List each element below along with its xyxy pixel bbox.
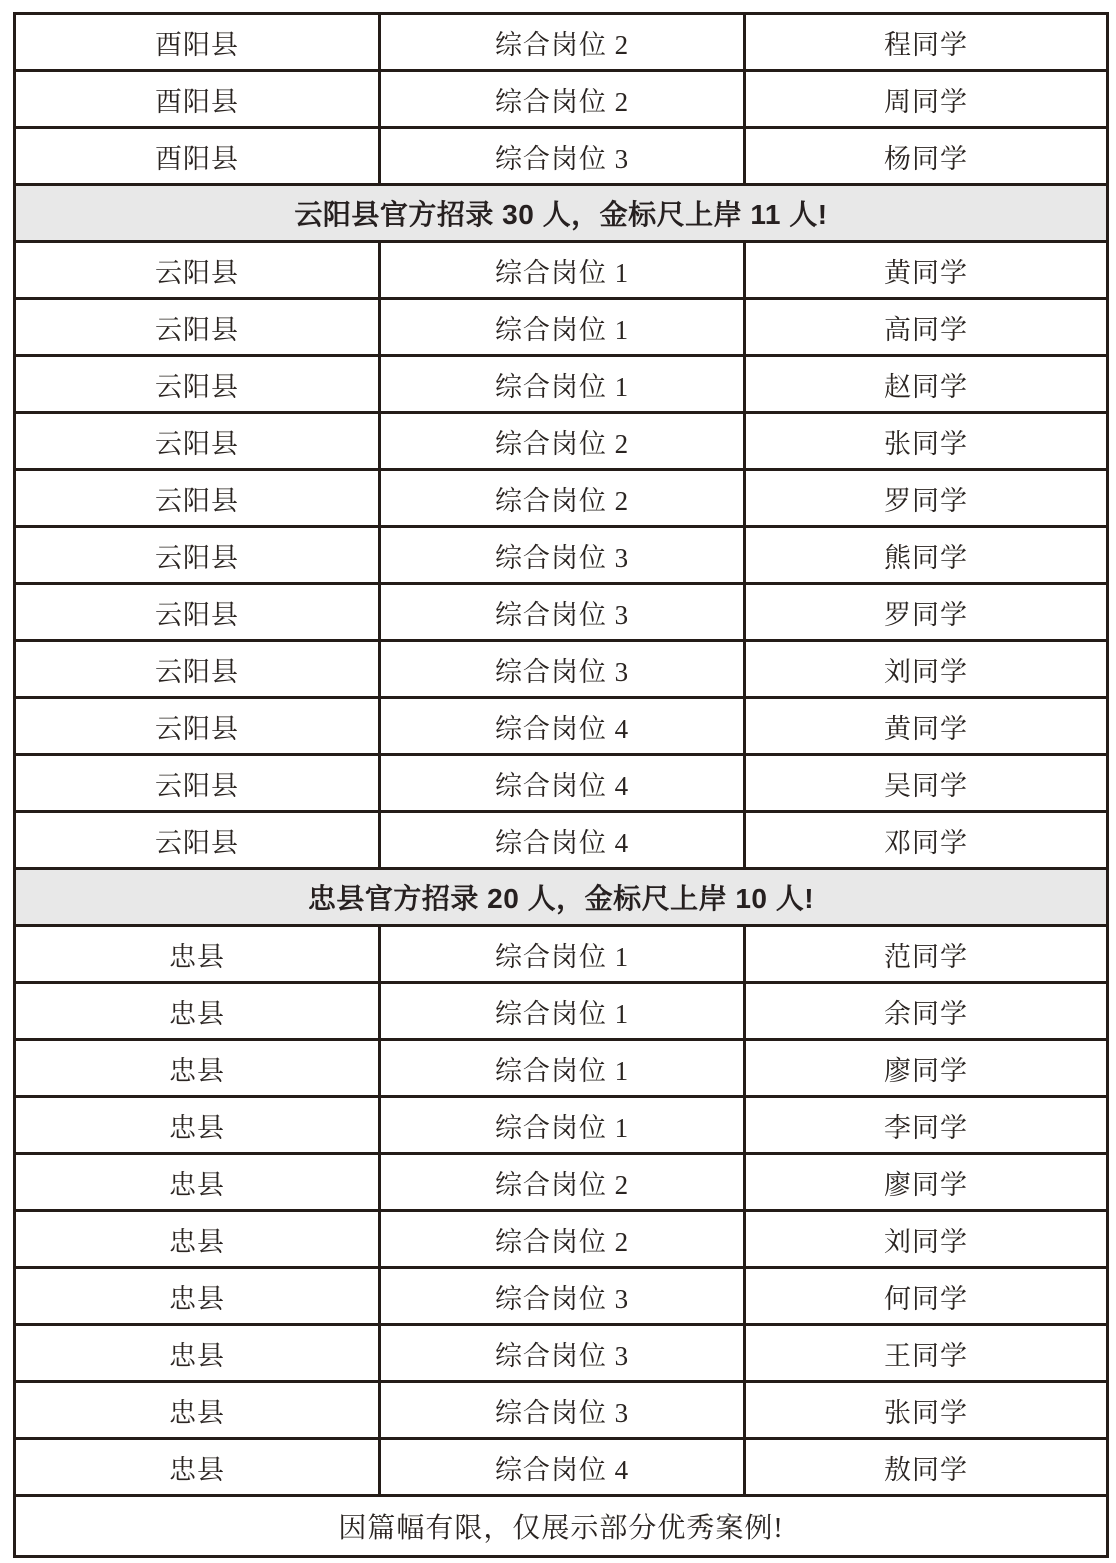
student-cell: 黄同学	[745, 698, 1108, 755]
county-cell: 忠县	[15, 1268, 380, 1325]
county-cell: 酉阳县	[15, 14, 380, 71]
county-cell: 忠县	[15, 983, 380, 1040]
footer-note: 因篇幅有限，仅展示部分优秀案例!	[15, 1496, 1108, 1557]
county-cell: 忠县	[15, 1325, 380, 1382]
county-cell: 云阳县	[15, 470, 380, 527]
county-cell: 云阳县	[15, 242, 380, 299]
county-cell: 忠县	[15, 1097, 380, 1154]
county-cell: 忠县	[15, 1040, 380, 1097]
table-row: 忠县 综合岗位 4 敖同学	[15, 1439, 1108, 1496]
student-cell: 黄同学	[745, 242, 1108, 299]
student-cell: 廖同学	[745, 1154, 1108, 1211]
page: 酉阳县 综合岗位 2 程同学 酉阳县 综合岗位 2 周同学 酉阳县 综合岗位 3…	[0, 0, 1116, 1563]
position-cell: 综合岗位 3	[380, 641, 745, 698]
table-row: 忠县 综合岗位 1 余同学	[15, 983, 1108, 1040]
table-row: 忠县 综合岗位 3 何同学	[15, 1268, 1108, 1325]
county-cell: 忠县	[15, 1382, 380, 1439]
position-cell: 综合岗位 1	[380, 983, 745, 1040]
table-row: 云阳县 综合岗位 1 高同学	[15, 299, 1108, 356]
county-cell: 云阳县	[15, 812, 380, 869]
position-cell: 综合岗位 2	[380, 470, 745, 527]
student-cell: 刘同学	[745, 641, 1108, 698]
table-row: 忠县 综合岗位 1 范同学	[15, 926, 1108, 983]
table-row: 云阳县 综合岗位 3 刘同学	[15, 641, 1108, 698]
county-cell: 云阳县	[15, 755, 380, 812]
table-row: 云阳县 综合岗位 4 吴同学	[15, 755, 1108, 812]
position-cell: 综合岗位 2	[380, 71, 745, 128]
student-cell: 张同学	[745, 413, 1108, 470]
county-cell: 忠县	[15, 1154, 380, 1211]
student-cell: 敖同学	[745, 1439, 1108, 1496]
county-cell: 云阳县	[15, 698, 380, 755]
student-cell: 李同学	[745, 1097, 1108, 1154]
county-cell: 云阳县	[15, 413, 380, 470]
county-cell: 忠县	[15, 1439, 380, 1496]
county-cell: 云阳县	[15, 527, 380, 584]
student-cell: 熊同学	[745, 527, 1108, 584]
student-cell: 程同学	[745, 14, 1108, 71]
student-cell: 余同学	[745, 983, 1108, 1040]
placement-table: 酉阳县 综合岗位 2 程同学 酉阳县 综合岗位 2 周同学 酉阳县 综合岗位 3…	[13, 12, 1109, 1558]
county-cell: 云阳县	[15, 356, 380, 413]
table-row: 酉阳县 综合岗位 2 周同学	[15, 71, 1108, 128]
section-header-row: 忠县官方招录 20 人，金标尺上岸 10 人!	[15, 869, 1108, 926]
table-row: 云阳县 综合岗位 3 熊同学	[15, 527, 1108, 584]
table-row: 云阳县 综合岗位 1 黄同学	[15, 242, 1108, 299]
position-cell: 综合岗位 1	[380, 1097, 745, 1154]
student-cell: 张同学	[745, 1382, 1108, 1439]
county-cell: 酉阳县	[15, 128, 380, 185]
position-cell: 综合岗位 2	[380, 413, 745, 470]
table-row: 忠县 综合岗位 3 张同学	[15, 1382, 1108, 1439]
county-cell: 酉阳县	[15, 71, 380, 128]
student-cell: 罗同学	[745, 584, 1108, 641]
position-cell: 综合岗位 3	[380, 1268, 745, 1325]
county-cell: 云阳县	[15, 299, 380, 356]
position-cell: 综合岗位 3	[380, 584, 745, 641]
section-header-row: 云阳县官方招录 30 人，金标尺上岸 11 人!	[15, 185, 1108, 242]
table-row: 云阳县 综合岗位 4 邓同学	[15, 812, 1108, 869]
position-cell: 综合岗位 3	[380, 1382, 745, 1439]
table-row: 忠县 综合岗位 2 廖同学	[15, 1154, 1108, 1211]
table-row: 忠县 综合岗位 1 廖同学	[15, 1040, 1108, 1097]
county-cell: 忠县	[15, 1211, 380, 1268]
position-cell: 综合岗位 1	[380, 299, 745, 356]
table-row: 云阳县 综合岗位 4 黄同学	[15, 698, 1108, 755]
table-row: 忠县 综合岗位 2 刘同学	[15, 1211, 1108, 1268]
position-cell: 综合岗位 4	[380, 698, 745, 755]
student-cell: 高同学	[745, 299, 1108, 356]
county-cell: 忠县	[15, 926, 380, 983]
position-cell: 综合岗位 1	[380, 1040, 745, 1097]
table-row: 云阳县 综合岗位 2 罗同学	[15, 470, 1108, 527]
table-row: 忠县 综合岗位 1 李同学	[15, 1097, 1108, 1154]
student-cell: 刘同学	[745, 1211, 1108, 1268]
student-cell: 赵同学	[745, 356, 1108, 413]
student-cell: 杨同学	[745, 128, 1108, 185]
table-row: 云阳县 综合岗位 3 罗同学	[15, 584, 1108, 641]
student-cell: 周同学	[745, 71, 1108, 128]
table-row: 忠县 综合岗位 3 王同学	[15, 1325, 1108, 1382]
student-cell: 吴同学	[745, 755, 1108, 812]
student-cell: 罗同学	[745, 470, 1108, 527]
section-header: 忠县官方招录 20 人，金标尺上岸 10 人!	[15, 869, 1108, 926]
student-cell: 廖同学	[745, 1040, 1108, 1097]
position-cell: 综合岗位 3	[380, 527, 745, 584]
position-cell: 综合岗位 2	[380, 1154, 745, 1211]
student-cell: 邓同学	[745, 812, 1108, 869]
position-cell: 综合岗位 4	[380, 812, 745, 869]
table-row: 酉阳县 综合岗位 3 杨同学	[15, 128, 1108, 185]
student-cell: 范同学	[745, 926, 1108, 983]
position-cell: 综合岗位 4	[380, 1439, 745, 1496]
student-cell: 何同学	[745, 1268, 1108, 1325]
table-row: 酉阳县 综合岗位 2 程同学	[15, 14, 1108, 71]
position-cell: 综合岗位 2	[380, 14, 745, 71]
position-cell: 综合岗位 1	[380, 242, 745, 299]
county-cell: 云阳县	[15, 584, 380, 641]
position-cell: 综合岗位 1	[380, 926, 745, 983]
table-row: 云阳县 综合岗位 2 张同学	[15, 413, 1108, 470]
position-cell: 综合岗位 3	[380, 1325, 745, 1382]
section-header: 云阳县官方招录 30 人，金标尺上岸 11 人!	[15, 185, 1108, 242]
county-cell: 云阳县	[15, 641, 380, 698]
footer-row: 因篇幅有限，仅展示部分优秀案例!	[15, 1496, 1108, 1557]
student-cell: 王同学	[745, 1325, 1108, 1382]
position-cell: 综合岗位 1	[380, 356, 745, 413]
table-row: 云阳县 综合岗位 1 赵同学	[15, 356, 1108, 413]
position-cell: 综合岗位 2	[380, 1211, 745, 1268]
position-cell: 综合岗位 3	[380, 128, 745, 185]
position-cell: 综合岗位 4	[380, 755, 745, 812]
